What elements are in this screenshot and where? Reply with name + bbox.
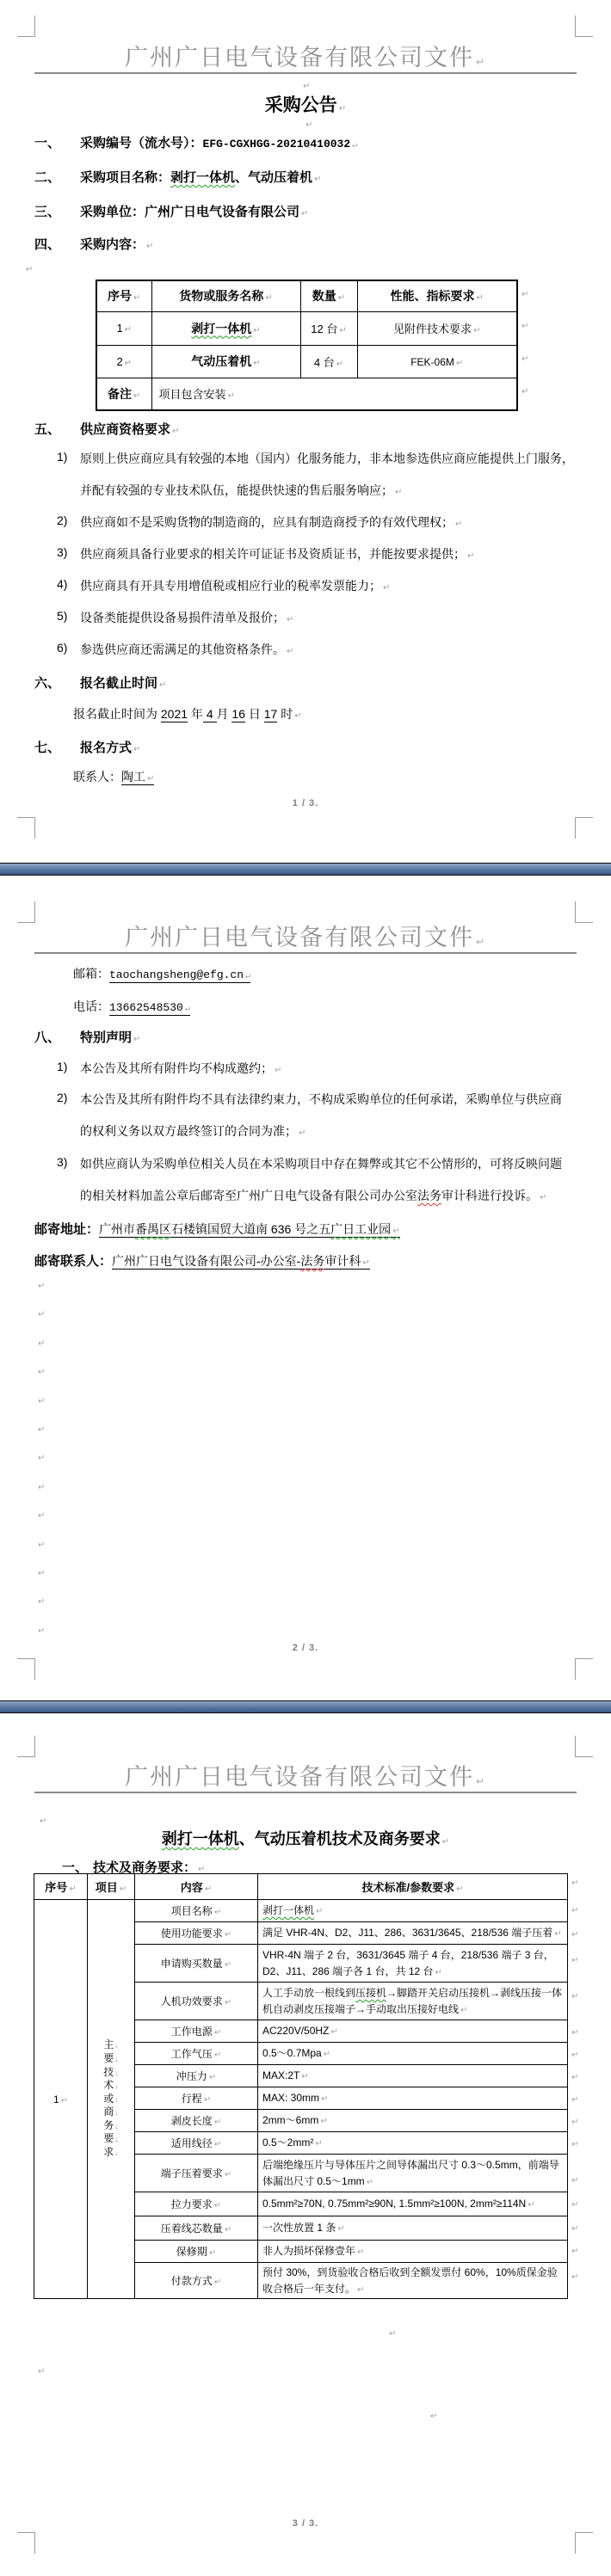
mail-address-line: 邮寄地址：广州市番禺区石楼镇国贸大道南 636 号之五广日工业园 bbox=[0, 1220, 611, 1237]
attachment-title-line: 剥打一体机、气动压着机技术及商务要求 bbox=[0, 1827, 611, 1844]
crop-mark-top-left-icon bbox=[17, 15, 35, 37]
list-item: 2) 本公告及其所有附件均不具有法律约束力，不构成采购单位的任何承诺，采购单位与… bbox=[0, 1091, 611, 1108]
project-name: 剥打一体机 bbox=[170, 170, 235, 185]
col-header-spec: 技术标准/参数要求 bbox=[361, 1881, 463, 1894]
mail-address-value: 石楼镇国贸大道南 636 号之五 bbox=[171, 1222, 330, 1238]
category-cell: 主 要 技 术 或 商 务 要 求 bbox=[88, 1900, 135, 2299]
procurement-items-table: 序号 货物或服务名称 数量 性能、指标要求 1 剥打一体机 12 台 见附件技术… bbox=[96, 280, 518, 411]
section-6-line: 六、 报名截止时间 bbox=[0, 673, 611, 691]
list-item: 5) 设备类能提供设备易损件清单及报价； bbox=[0, 609, 611, 626]
cell-goods: 剥打一体机 bbox=[191, 322, 251, 335]
crop-mark-bottom-left-icon bbox=[17, 1658, 35, 1680]
section-8-line: 八、 特别声明 bbox=[0, 1028, 611, 1045]
paragraph-mark: ↵ bbox=[571, 1878, 578, 1888]
paragraph-mark: ↵ bbox=[38, 1483, 45, 1511]
deadline-day: 16 bbox=[231, 707, 245, 722]
row-name: 压着线芯数量 bbox=[161, 2222, 231, 2235]
paragraph-mark: ↵ bbox=[571, 2118, 578, 2127]
paragraph-mark: ↵ bbox=[38, 1540, 45, 1569]
row-name: 人机功效要求 bbox=[161, 1995, 231, 2007]
mail-contact-line: 邮寄联系人：广州广日电气设备有限公司-办公室-法务审计科 bbox=[0, 1251, 611, 1269]
paragraph-mark: ↵ bbox=[38, 1454, 45, 1482]
crop-mark-top-left-icon bbox=[17, 1736, 35, 1757]
table-note-row: 备注 项目包含安装 bbox=[96, 378, 517, 410]
table-row: 1 剥打一体机 12 台 见附件技术要求 bbox=[96, 311, 517, 345]
col-header-category: 项目 bbox=[96, 1881, 127, 1894]
header-rule bbox=[34, 952, 577, 954]
crop-mark-bottom-left-icon bbox=[17, 817, 35, 839]
row-name: 使用功能要求 bbox=[161, 1927, 231, 1940]
item-number: 2) bbox=[57, 1091, 67, 1104]
item-text: 参选供应商还需满足的其他资格条件。 bbox=[80, 641, 293, 658]
doc-title-line: 采购公告 bbox=[0, 91, 611, 108]
section-1-line: 一、 采购编号（流水号）：EFG-CGXHGG-20210410032 bbox=[0, 133, 611, 151]
item-number: 2) bbox=[57, 513, 67, 527]
section-label: 采购内容： bbox=[80, 235, 153, 253]
item-text: 供应商须具备行业要求的相关许可证证书及资质证书，并能按要求提供； bbox=[80, 545, 474, 563]
cell-spec: 见附件技术要求 bbox=[393, 323, 480, 335]
list-item: 6) 参选供应商还需满足的其他资格条件。 bbox=[0, 641, 611, 658]
row-name: 工作气压 bbox=[171, 2048, 221, 2060]
crop-mark-bottom-left-icon bbox=[17, 2532, 35, 2554]
paragraph-mark: ↵ bbox=[522, 387, 528, 397]
row-name: 行程 bbox=[182, 2093, 211, 2105]
section-label: 采购项目名称： bbox=[80, 170, 170, 185]
row-value: 人工手动放一根线到 bbox=[262, 1987, 355, 1999]
row-value: MAX:2T bbox=[262, 2069, 309, 2081]
page-separator bbox=[0, 863, 611, 876]
item-text: 的相关材料加盖公章后邮寄至广州广日电气设备有限公司办公室 bbox=[80, 1189, 417, 1202]
paragraph-mark: ↵ bbox=[38, 1397, 45, 1425]
list-item-continuation: 的相关材料加盖公章后邮寄至广州广日电气设备有限公司办公室法务审计科进行投诉。 bbox=[0, 1187, 611, 1204]
mail-contact-label: 邮寄联系人： bbox=[34, 1254, 112, 1269]
crop-mark-bottom-right-icon bbox=[575, 1658, 593, 1680]
company-header-title: 广州广日电气设备有限公司文件 bbox=[0, 39, 611, 72]
row-name: 冲压力 bbox=[176, 2070, 216, 2082]
item-text: 供应商如不是采购货物的制造商的，应具有制造商授予的有效代理权； bbox=[80, 513, 462, 531]
section-number: 八、 bbox=[34, 1028, 60, 1046]
col-header-spec: 性能、指标要求 bbox=[391, 289, 484, 303]
list-item-continuation: 的权利义务以双方最终签订的合同为准； bbox=[0, 1122, 611, 1140]
paragraph-mark: ↵ bbox=[571, 2272, 578, 2282]
section-number: 一、 bbox=[34, 133, 60, 151]
cell-seq: 2 bbox=[116, 355, 132, 368]
paragraph-mark: ↵ bbox=[571, 2224, 578, 2234]
cell-goods: 气动压着机 bbox=[191, 354, 260, 368]
paragraph-mark: ↵ bbox=[40, 1817, 46, 1826]
table-header-row: 序号 项目 内容 技术标准/参数要求 bbox=[34, 1874, 568, 1900]
page-3: 广州广日电气设备有限公司文件 ↵ 剥打一体机、气动压着机技术及商务要求 一、 技… bbox=[0, 1713, 611, 2576]
row-name: 保修期 bbox=[176, 2246, 216, 2258]
list-item: 3) 如供应商认为采购单位相关人员在本采购项目中存在舞弊或其它不公情形的，可将反… bbox=[0, 1155, 611, 1172]
row-name: 工作电源 bbox=[171, 2026, 221, 2038]
list-item: 1) 本公告及其所有附件均不构成邀约； bbox=[0, 1060, 611, 1077]
mail-contact-value: 广州广日电气设备有限公司-办公室- bbox=[112, 1254, 300, 1270]
paragraph-mark: ↵ bbox=[571, 2073, 578, 2082]
row-name: 付款方式 bbox=[171, 2275, 221, 2287]
document-viewer: 广州广日电气设备有限公司文件 ↵ 采购公告 ↵ 一、 采购编号（流水号）：EFG… bbox=[0, 0, 611, 2576]
deadline-text: 日 bbox=[245, 707, 264, 721]
mail-contact-value: 审计科 bbox=[324, 1254, 369, 1270]
section-title: 报名方式 bbox=[80, 738, 140, 756]
category-char: 要 bbox=[92, 2052, 130, 2066]
item-text: 设备类能提供设备易损件清单及报价； bbox=[80, 609, 293, 626]
row-value: 非人为损坏保修壹年 bbox=[262, 2245, 364, 2257]
item-number: 4) bbox=[57, 577, 67, 591]
contact-label: 联系人： bbox=[73, 770, 121, 784]
crop-mark-bottom-right-icon bbox=[575, 817, 593, 839]
row-value: 2mm～6mm bbox=[262, 2114, 328, 2126]
page-1: 广州广日电气设备有限公司文件 ↵ 采购公告 ↵ 一、 采购编号（流水号）：EFG… bbox=[0, 0, 611, 863]
section-number: 二、 bbox=[34, 168, 60, 186]
page-2: 广州广日电气设备有限公司文件 邮箱：taochangsheng@efg.cn 电… bbox=[0, 876, 611, 1700]
note-label: 备注 bbox=[108, 387, 140, 401]
deadline-text: 月 bbox=[217, 707, 232, 721]
item-text: 原则上供应商应具有较强的本地（国内）化服务能力，非本地参选供应商应能提供上门服务… bbox=[80, 450, 574, 467]
paragraph-mark: ↵ bbox=[38, 1425, 45, 1454]
header-rule bbox=[34, 72, 577, 74]
list-item: 4) 供应商具有开具专用增值税或相应行业的税率发票能力； bbox=[0, 577, 611, 594]
company-header-title: 广州广日电气设备有限公司文件 bbox=[0, 919, 611, 952]
mail-address-value: 番禺区 bbox=[135, 1222, 171, 1238]
row-value: 一次性放置 1 条 bbox=[262, 2222, 345, 2234]
contact-line: 联系人：陶工 bbox=[0, 768, 611, 785]
paragraph-mark: ↵ bbox=[38, 1339, 45, 1368]
paragraph-mark: ↵ bbox=[571, 2176, 578, 2186]
list-item-continuation: 并配有较强的专业技术队伍，能提供快速的售后服务响应； bbox=[0, 482, 611, 499]
attachment-title-rest: 、气动压着机技术及商务要求 bbox=[239, 1830, 449, 1847]
item-text: 并配有较强的专业技术队伍，能提供快速的售后服务响应； bbox=[80, 482, 402, 499]
section-2-line: 二、 采购项目名称：剥打一体机、气动压着机 bbox=[0, 168, 611, 185]
list-item: 3) 供应商须具备行业要求的相关许可证证书及资质证书，并能按要求提供； bbox=[0, 545, 611, 563]
mail-address-value: 广州市 bbox=[99, 1222, 135, 1238]
mail-address-value: 广日工业园 bbox=[330, 1222, 399, 1238]
category-char: 商 bbox=[92, 2106, 130, 2119]
table-row: 1 主 要 技 术 或 商 务 要 求 项目名称 剥打一体机 bbox=[34, 1900, 568, 1922]
page-number: 3 / 3. bbox=[0, 2518, 611, 2529]
section-label: 采购编号（流水号）： bbox=[80, 136, 203, 151]
row-name: 项目名称 bbox=[171, 1905, 221, 1917]
row-value: 预付 30%，到货验收合格后收到全额发票付 60%，10%质保金验收合格后一年支… bbox=[262, 2266, 558, 2295]
header-rule bbox=[34, 1792, 577, 1793]
col-header-content: 内容 bbox=[181, 1881, 212, 1894]
row-value: 满足 VHR-4N、D2、J11、286、3631/3645、218/536 端… bbox=[262, 1927, 562, 1939]
list-item: 1) 原则上供应商应具有较强的本地（国内）化服务能力，非本地参选供应商应能提供上… bbox=[0, 450, 611, 467]
email-label: 邮箱： bbox=[73, 967, 109, 981]
cell-spec: FEK-06M bbox=[410, 356, 463, 368]
item-text: 的权利义务以双方最终签订的合同为准； bbox=[80, 1122, 305, 1140]
row-value: 0.5～2mm² bbox=[262, 2136, 323, 2149]
paragraph-mark: ↵ bbox=[26, 265, 33, 274]
paragraph-mark: ↵ bbox=[389, 2329, 396, 2339]
row-value: 0.5mm²≥70N, 0.75mm²≥90N, 1.5mm²≥100N, 2m… bbox=[262, 2198, 535, 2210]
section-number: 六、 bbox=[34, 673, 60, 692]
paragraph-mark: ↵ bbox=[522, 290, 528, 299]
page-number: 2 / 3. bbox=[0, 1643, 611, 1653]
section-number: 七、 bbox=[34, 738, 60, 756]
purchaser: 采购单位：广州广日电气设备有限公司 bbox=[80, 202, 308, 220]
category-char: 求 bbox=[92, 2146, 130, 2160]
section-number: 三、 bbox=[34, 202, 60, 220]
row-value: 后端绝缘压片与导体压片之间导体漏出尺寸 0.3～0.5mm，前端导体漏出尺寸 0… bbox=[262, 2159, 559, 2187]
paragraph-mark: ↵ bbox=[38, 1597, 45, 1626]
empty-paragraph-marks: ↵↵↵↵↵↵↵↵↵↵↵↵↵ bbox=[38, 1282, 45, 1655]
section-title: 特别声明 bbox=[80, 1028, 140, 1046]
row-value: MAX: 30mm bbox=[262, 2092, 328, 2104]
category-char: 主 bbox=[92, 2038, 130, 2052]
paragraph-mark: ↵ bbox=[571, 1930, 578, 1940]
crop-mark-top-right-icon bbox=[575, 1736, 593, 1757]
item-text: 审计科进行投诉。 bbox=[441, 1189, 546, 1202]
paragraph-mark: ↵ bbox=[430, 2412, 437, 2421]
attachment-title: 剥打一体机 bbox=[162, 1830, 239, 1847]
item-number: 3) bbox=[57, 545, 67, 559]
paragraph-mark: ↵ bbox=[38, 1310, 45, 1338]
row-name: 剥皮长度 bbox=[171, 2115, 221, 2127]
mail-address-label: 邮寄地址： bbox=[34, 1222, 99, 1237]
paragraph-mark: ↵ bbox=[303, 82, 310, 91]
note-value: 项目包含安装 bbox=[159, 388, 235, 401]
row-name: 拉力要求 bbox=[171, 2198, 221, 2210]
item-text: 本公告及其所有附件均不构成邀约； bbox=[80, 1060, 281, 1077]
paragraph-mark: ↵ bbox=[571, 2140, 578, 2149]
list-item: 2) 供应商如不是采购货物的制造商的，应具有制造商授予的有效代理权； bbox=[0, 513, 611, 531]
seq-value: 1 bbox=[53, 2093, 68, 2106]
deadline-hour: 17 bbox=[264, 707, 278, 722]
page-number: 1 / 3. bbox=[0, 798, 611, 808]
category-char: 务 bbox=[92, 2119, 130, 2133]
table-row: 2 气动压着机 4 台 FEK-06M bbox=[96, 345, 517, 378]
paragraph-mark: ↵ bbox=[571, 2050, 578, 2060]
item-number: 1) bbox=[57, 1060, 67, 1073]
phone-line: 电话：13662548530 bbox=[0, 998, 611, 1015]
item-text: 供应商具有开具专用增值税或相应行业的税率发票能力； bbox=[80, 577, 390, 594]
item-number: 1) bbox=[57, 450, 67, 464]
cell-qty: 12 台 bbox=[311, 323, 346, 335]
procurement-number: EFG-CGXHGG-20210410032 bbox=[203, 138, 358, 151]
col-header-qty: 数量 bbox=[312, 289, 345, 303]
page-title: 采购公告 bbox=[265, 95, 346, 115]
row-name: 申请购买数量 bbox=[161, 1958, 231, 1970]
deadline-line: 报名截止时间为 2021 年 4 月 16 日 17 时 bbox=[0, 705, 611, 722]
technical-requirements-table: 序号 项目 内容 技术标准/参数要求 1 主 要 技 术 或 商 务 要 求 bbox=[34, 1873, 568, 2299]
deadline-text: 年 bbox=[188, 707, 203, 721]
paragraph-mark: ↵ bbox=[38, 1511, 45, 1540]
item-text: 如供应商认为采购单位相关人员在本采购项目中存在舞弊或其它不公情形的，可将反映问题 bbox=[80, 1155, 562, 1172]
col-header-seq: 序号 bbox=[45, 1881, 76, 1894]
section-3-line: 三、 采购单位：广州广日电气设备有限公司 bbox=[0, 202, 611, 219]
cell-qty: 4 台 bbox=[314, 356, 343, 369]
paragraph-mark: ↵ bbox=[571, 1956, 578, 1965]
section-line: 一、 技术及商务要求： bbox=[0, 1858, 611, 1875]
section-4-line: 四、 采购内容： bbox=[0, 235, 611, 252]
paragraph-mark: ↵ bbox=[522, 322, 528, 331]
row-value: VHR-4N 端子 2 台，3631/3645 端子 4 台，218/536 端… bbox=[262, 1949, 554, 1977]
crop-mark-top-right-icon bbox=[575, 15, 593, 37]
category-char: 或 bbox=[92, 2093, 130, 2106]
col-header-seq: 序号 bbox=[108, 289, 140, 303]
paragraph-mark: ↵ bbox=[571, 2200, 578, 2210]
row-name: 适用线径 bbox=[171, 2137, 221, 2149]
section-number: 四、 bbox=[34, 235, 60, 253]
phone-value: 13662548530 bbox=[109, 1001, 190, 1016]
paragraph-mark: ↵ bbox=[38, 2367, 45, 2376]
email-line: 邮箱：taochangsheng@efg.cn bbox=[0, 965, 611, 982]
item-number: 6) bbox=[57, 641, 67, 655]
item-text-flagged: 法务 bbox=[417, 1189, 441, 1202]
paragraph-mark: ↵ bbox=[522, 354, 528, 364]
row-value-flagged: 压接机 bbox=[355, 1987, 386, 1999]
row-value: AC220V/50HZ bbox=[262, 2025, 338, 2037]
page-separator bbox=[0, 1700, 611, 1713]
item-number: 3) bbox=[57, 1155, 67, 1169]
mail-contact-value: 法务 bbox=[300, 1254, 324, 1270]
section-7-line: 七、 报名方式 bbox=[0, 738, 611, 755]
section-title: 报名截止时间 bbox=[80, 673, 166, 692]
paragraph-mark: ↵ bbox=[38, 1569, 45, 1597]
section-number: 五、 bbox=[34, 420, 60, 438]
paragraph-mark: ↵ bbox=[571, 2095, 578, 2105]
deadline-month: 4 bbox=[203, 707, 217, 722]
deadline-text: 时 bbox=[277, 707, 301, 721]
paragraph-mark: ↵ bbox=[38, 1368, 45, 1396]
crop-mark-bottom-right-icon bbox=[575, 2532, 593, 2554]
paragraph-mark: ↵ bbox=[571, 2028, 578, 2038]
deadline-prefix: 报名截止时间为 bbox=[73, 707, 161, 721]
paragraph-mark: ↵ bbox=[38, 1282, 45, 1310]
email-value: taochangsheng@efg.cn bbox=[109, 968, 250, 983]
project-name-rest: 、气动压着机 bbox=[235, 170, 321, 185]
row-value: 0.5～0.7Mpa bbox=[262, 2047, 330, 2059]
category-char: 要 bbox=[92, 2132, 130, 2146]
row-name: 端子压着要求 bbox=[161, 2167, 231, 2179]
paragraph-mark: ↵ bbox=[571, 1906, 578, 1915]
deadline-year: 2021 bbox=[161, 707, 188, 722]
col-header-goods: 货物或服务名称 bbox=[179, 289, 272, 303]
section-5-line: 五、 供应商资格要求 bbox=[0, 420, 611, 437]
row-value: 剥打一体机 bbox=[262, 1904, 314, 1916]
category-char: 术 bbox=[92, 2079, 130, 2093]
company-header-title: 广州广日电气设备有限公司文件 bbox=[0, 1758, 611, 1792]
item-text: 本公告及其所有附件均不具有法律约束力，不构成采购单位的任何承诺，采购单位与供应商 bbox=[80, 1091, 562, 1108]
item-number: 5) bbox=[57, 609, 67, 623]
paragraph-mark: ↵ bbox=[571, 2247, 578, 2256]
table-header-row: 序号 货物或服务名称 数量 性能、指标要求 bbox=[96, 280, 517, 311]
paragraph-mark: ↵ bbox=[571, 1992, 578, 2001]
cell-seq: 1 bbox=[116, 322, 132, 335]
contact-value: 陶工 bbox=[121, 770, 154, 785]
seq-cell: 1 bbox=[34, 1900, 88, 2299]
section-title: 供应商资格要求 bbox=[80, 420, 179, 438]
category-char: 技 bbox=[92, 2066, 130, 2080]
paragraph-mark: ↵ bbox=[305, 120, 312, 130]
phone-label: 电话： bbox=[73, 999, 109, 1013]
